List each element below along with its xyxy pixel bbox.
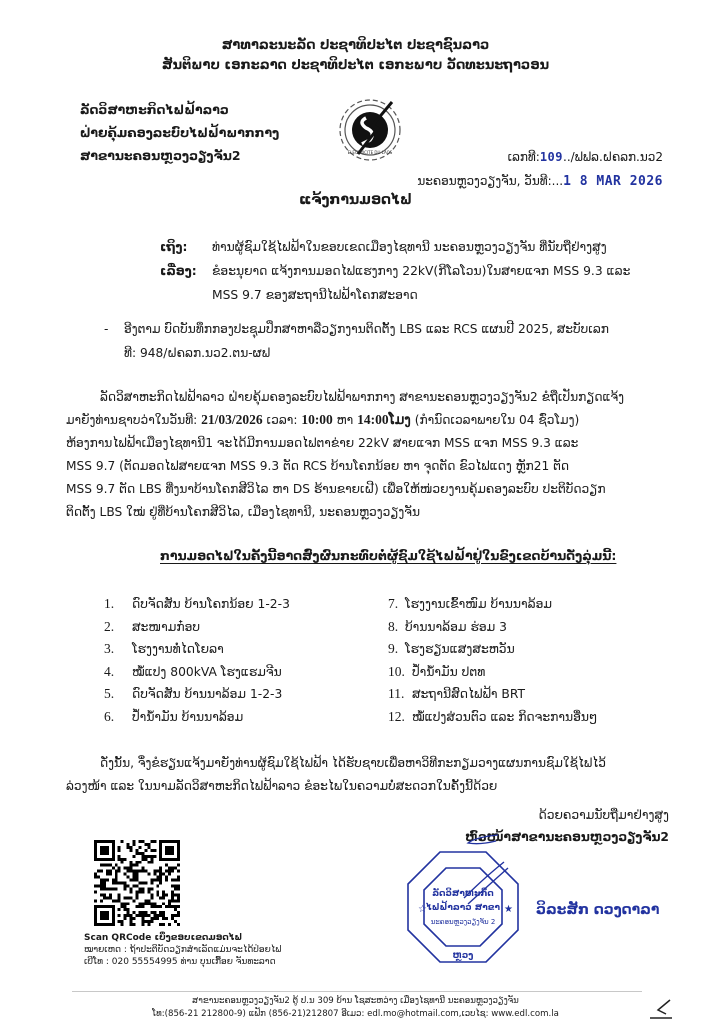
affected-area-item: 8.ບ້ານນາລ້ອມ ຮ່ອມ 3: [388, 616, 678, 639]
subject-text-2: MSS 9.7 ຂອງສະຖານີໄຟຟ້າໂຄກສະອາດ: [212, 284, 672, 306]
affected-area-item: 11.ສະຖານີສົດໄຟຟ້າ BRT: [388, 683, 678, 706]
national-header-line2: ສັນຕິພາບ ເອກະລາດ ປະຊາທິປະໄຕ ເອກະພາບ ວັດທ…: [0, 56, 711, 76]
affected-areas-right: 7.ໂຮງງານເຂົ້າໜົມ ບ້ານນາລ້ອມ8.ບ້ານນາລ້ອມ …: [388, 593, 678, 729]
item-number: 12.: [388, 706, 412, 729]
edl-logo-icon: ELECTRICITE DU LAOS: [336, 96, 404, 164]
reference-number-suffix: ../ຟຟລ.ຝຄລກ.ນວ2: [563, 150, 663, 164]
reference-bullet-line1: ອີງຕາມ ບົດບັນທຶກກອງປະຊຸມປຶກສາຫາລືວຽກງານຕ…: [124, 318, 674, 340]
qr-caption-note: ໝາຍເຫດ : ຖ້າປະຕິບັດວຽກສຳເລັດແມ່ນຈະໄດ້ປ່ອ…: [84, 944, 281, 956]
qr-caption-scan: Scan QRCode ເບິ່ງຂອບເຂດມອດໄຟ: [84, 932, 281, 944]
org-name: ລັດວິສາຫະກິດໄຟຟ້າລາວ: [80, 98, 229, 121]
to-text: ທ່ານຜູ້ຊົມໃຊ້ໄຟຟ້າໃນຂອບເຂດເມືອງໄຊທານີ ນະ…: [212, 240, 607, 254]
reference-number-handwritten: 109: [540, 150, 563, 164]
item-number: 2.: [104, 616, 132, 639]
body-line-4: MSS 9.7 (ຕັດມອດໄຟສາຍແຈກ MSS 9.3 ຕັດ RCS …: [66, 455, 676, 477]
time-label: ເວລາ:: [263, 413, 302, 427]
svg-text:ໄຟຟ້າລາວ ສາຂາ: ໄຟຟ້າລາວ ສາຂາ: [425, 899, 500, 913]
affected-areas-left: 1.ດົບຈັດສັນ ບ້ານໂຄກນ້ອຍ 1-2-32.ສະໜາມກ໋ອບ…: [104, 593, 364, 729]
item-number: 10.: [388, 661, 412, 684]
item-number: 6.: [104, 706, 132, 729]
to-label: ເຖິງ:: [160, 236, 212, 258]
qr-code[interactable]: [94, 840, 180, 926]
item-text: ປ້ຳນ້ຳມັນ ປຕທ: [412, 665, 485, 679]
body-line-1: ລັດວິສາຫະກິດໄຟຟ້າລາວ ຝ່າຍຄຸ້ມຄອງລະບົບໄຟຟ…: [100, 386, 670, 408]
item-number: 9.: [388, 638, 405, 661]
svg-text:ນະຄອນຫຼວງວຽງຈັນ 2: ນະຄອນຫຼວງວຽງຈັນ 2: [431, 918, 496, 926]
item-text: ດົບຈັດສັນ ບ້ານໂຄກນ້ອຍ 1-2-3: [132, 597, 290, 611]
org-branch: ສາຂານະຄອນຫຼວງວຽງຈັນ2: [80, 144, 241, 167]
date-stamp: 1 8 MAR 2026: [563, 174, 663, 189]
reference-number-label: ເລກທີ:: [508, 150, 540, 164]
affected-areas-heading: ການມອດໄຟໃນຄັ້ງນີ້ອາດສົ່ງຜົນກະທົບຕໍ່ຜູ້ຊົ…: [160, 548, 616, 563]
signatory-name: ວິລະສັກ ດວງດາລາ: [536, 902, 659, 918]
official-stamp: ☆ ★ ລັດວິສາຫະກິດ ໄຟຟ້າລາວ ສາຂາ ນະຄອນຫຼວງ…: [404, 848, 522, 966]
subject-text-1: ຂໍອະນຸຍາດ ແຈ້ງການມອດໄຟແຮງກາງ 22kV(ກີໂລໂວ…: [212, 264, 630, 278]
item-text: ດົບຈັດສັນ ບ້ານນາລ້ອມ 1-2-3: [132, 687, 282, 701]
item-number: 1.: [104, 593, 132, 616]
item-text: ປ້ຳນ້ຳມັນ ບ້ານນາລ້ອມ: [132, 710, 243, 724]
affected-area-item: 2.ສະໜາມກ໋ອບ: [104, 616, 364, 639]
national-header-line1: ສາທາລະນະລັດ ປະຊາທິປະໄຕ ປະຊາຊົນລາວ: [0, 36, 711, 56]
body-line-5: MSS 9.7 ຕັດ LBS ທີ່ງນາບ້ານໂຄກສີວິໄລ ຫາ D…: [66, 478, 676, 500]
footer-divider: [72, 991, 642, 992]
item-text: ໝໍ້ແປງສ່ວນຕົວ ແລະ ກິດຈະການອື່ນໆ: [412, 710, 597, 724]
affected-area-item: 9.ໂຮງຮຽນແສງສະຫວັນ: [388, 638, 678, 661]
outage-duration: (ກຳນົດເວລາພາຍໃນ 04 ຊົ່ວໂມງ): [411, 413, 579, 427]
subject-label: ເລື່ອງ:: [160, 260, 212, 282]
item-text: ສະຖານີສົດໄຟຟ້າ BRT: [412, 687, 525, 701]
body-date-intro: ມາຍັງທ່ານຊາບວ່າໃນວັນທີ:: [66, 413, 201, 427]
affected-area-item: 1.ດົບຈັດສັນ ບ້ານໂຄກນ້ອຍ 1-2-3: [104, 593, 364, 616]
item-text: ໝໍ້ແປງ 800kVA ໂຮງແຮມຈີນ: [132, 665, 282, 679]
outage-time-from: 10:00: [301, 412, 333, 427]
item-number: 7.: [388, 593, 405, 616]
footer-address: ສາຂານະຄອນຫຼວງວຽງຈັນ2 ຕູ້ ປ.ນ 309 ບ້ານ ໂຊ…: [0, 995, 711, 1021]
qr-caption-phone: ເບີໂທ : 020 55554995 ທ່ານ ບຸນເກື້ອຍ ຈັນທ…: [84, 956, 281, 968]
footer-line-2: ໂທ:(856-21 212800-9) ແຟັກ (856-21)212807…: [0, 1008, 711, 1021]
reference-date-label: ນະຄອນຫຼວງວຽງຈັນ, ວັນທີ:...: [417, 174, 563, 188]
footer-line-1: ສາຂານະຄອນຫຼວງວຽງຈັນ2 ຕູ້ ປ.ນ 309 ບ້ານ ໂຊ…: [0, 995, 711, 1008]
reference-dash: -: [104, 318, 108, 340]
svg-text:ຫຼວງ: ຫຼວງ: [453, 951, 474, 961]
item-text: ໂຮງຮຽນແສງສະຫວັນ: [405, 642, 515, 656]
reference-date: ນະຄອນຫຼວງວຽງຈັນ, ວັນທີ:...1 8 MAR 2026: [417, 170, 663, 193]
reference-number: ເລກທີ:109../ຟຟລ.ຝຄລກ.ນວ2: [508, 146, 663, 168]
affected-area-item: 5.ດົບຈັດສັນ ບ້ານນາລ້ອມ 1-2-3: [104, 683, 364, 706]
item-number: 8.: [388, 616, 405, 639]
reference-bullet-line2: ທີ: 948/ຝຄລກ.ນວ2.ຕນ-ຜຟ: [124, 342, 674, 364]
body-line-6: ຕິດຕັ້ງ LBS ໃໝ່ ຢູ່ທີ່ບ້ານໂຄກສີວິໄລ, ເມື…: [66, 501, 676, 523]
item-text: ໂຮງງານເຂົ້າໜົມ ບ້ານນາລ້ອມ: [405, 597, 552, 611]
item-text: ສະໜາມກ໋ອບ: [132, 620, 200, 634]
affected-area-item: 12.ໝໍ້ແປງສ່ວນຕົວ ແລະ ກິດຈະການອື່ນໆ: [388, 706, 678, 729]
time-to-label: ຫາ: [333, 413, 357, 427]
item-number: 4.: [104, 661, 132, 684]
signature-scribble-icon: [462, 832, 502, 844]
item-number: 11.: [388, 683, 412, 706]
svg-text:ELECTRICITE DU LAOS: ELECTRICITE DU LAOS: [348, 150, 393, 155]
item-text: ບ້ານນາລ້ອມ ຮ່ອມ 3: [405, 620, 507, 634]
document-title: ແຈ້ງການມອດໄຟ: [0, 192, 711, 208]
affected-area-item: 3.ໂຮງງານທໍ່ໄດໂຍລາ: [104, 638, 364, 661]
body-line-2: ມາຍັງທ່ານຊາບວ່າໃນວັນທີ: 21/03/2026 ເວລາ:…: [66, 409, 676, 431]
body-line-3: ຫ້ອງການໄຟຟ້າເມືອງໄຊທານີ1 ຈະໄດ້ມີການມອດໄຟ…: [66, 432, 676, 454]
affected-area-item: 4.ໝໍ້ແປງ 800kVA ໂຮງແຮມຈີນ: [104, 661, 364, 684]
closing-line-2: ລ່ວງໜ້າ ແລະ ໃນນາມລັດວິສາຫະກິດໄຟຟ້າລາວ ຂໍ…: [66, 775, 666, 797]
org-department: ຝ່າຍຄຸ້ມຄອງລະບົບໄຟຟ້າພາກກາງ: [80, 121, 279, 144]
item-number: 3.: [104, 638, 132, 661]
outage-date: 21/03/2026: [201, 412, 263, 427]
affected-area-item: 7.ໂຮງງານເຂົ້າໜົມ ບ້ານນາລ້ອມ: [388, 593, 678, 616]
initials-scribble-icon: [646, 998, 676, 1022]
outage-time-to: 14:00ໂມງ: [357, 412, 411, 427]
item-number: 5.: [104, 683, 132, 706]
svg-text:★: ★: [504, 904, 513, 915]
affected-area-item: 10.ປ້ຳນ້ຳມັນ ປຕທ: [388, 661, 678, 684]
qr-caption: Scan QRCode ເບິ່ງຂອບເຂດມອດໄຟ ໝາຍເຫດ : ຖ້…: [84, 932, 281, 968]
closing-line-1: ດັ່ງນັ້ນ, ຈຶ່ງຂໍຮຽນແຈ້ງມາຍັງທ່ານຜູ້ຊົມໃຊ…: [100, 752, 670, 774]
to-line: ເຖິງ:ທ່ານຜູ້ຊົມໃຊ້ໄຟຟ້າໃນຂອບເຂດເມືອງໄຊທາ…: [160, 236, 660, 258]
item-text: ໂຮງງານທໍ່ໄດໂຍລາ: [132, 642, 224, 656]
regards-text: ດ້ວຍຄວາມນັບຖືມາຢ່າງສູງ: [538, 808, 669, 822]
affected-area-item: 6.ປ້ຳນ້ຳມັນ ບ້ານນາລ້ອມ: [104, 706, 364, 729]
subject-line: ເລື່ອງ:ຂໍອະນຸຍາດ ແຈ້ງການມອດໄຟແຮງກາງ 22kV…: [160, 260, 670, 282]
